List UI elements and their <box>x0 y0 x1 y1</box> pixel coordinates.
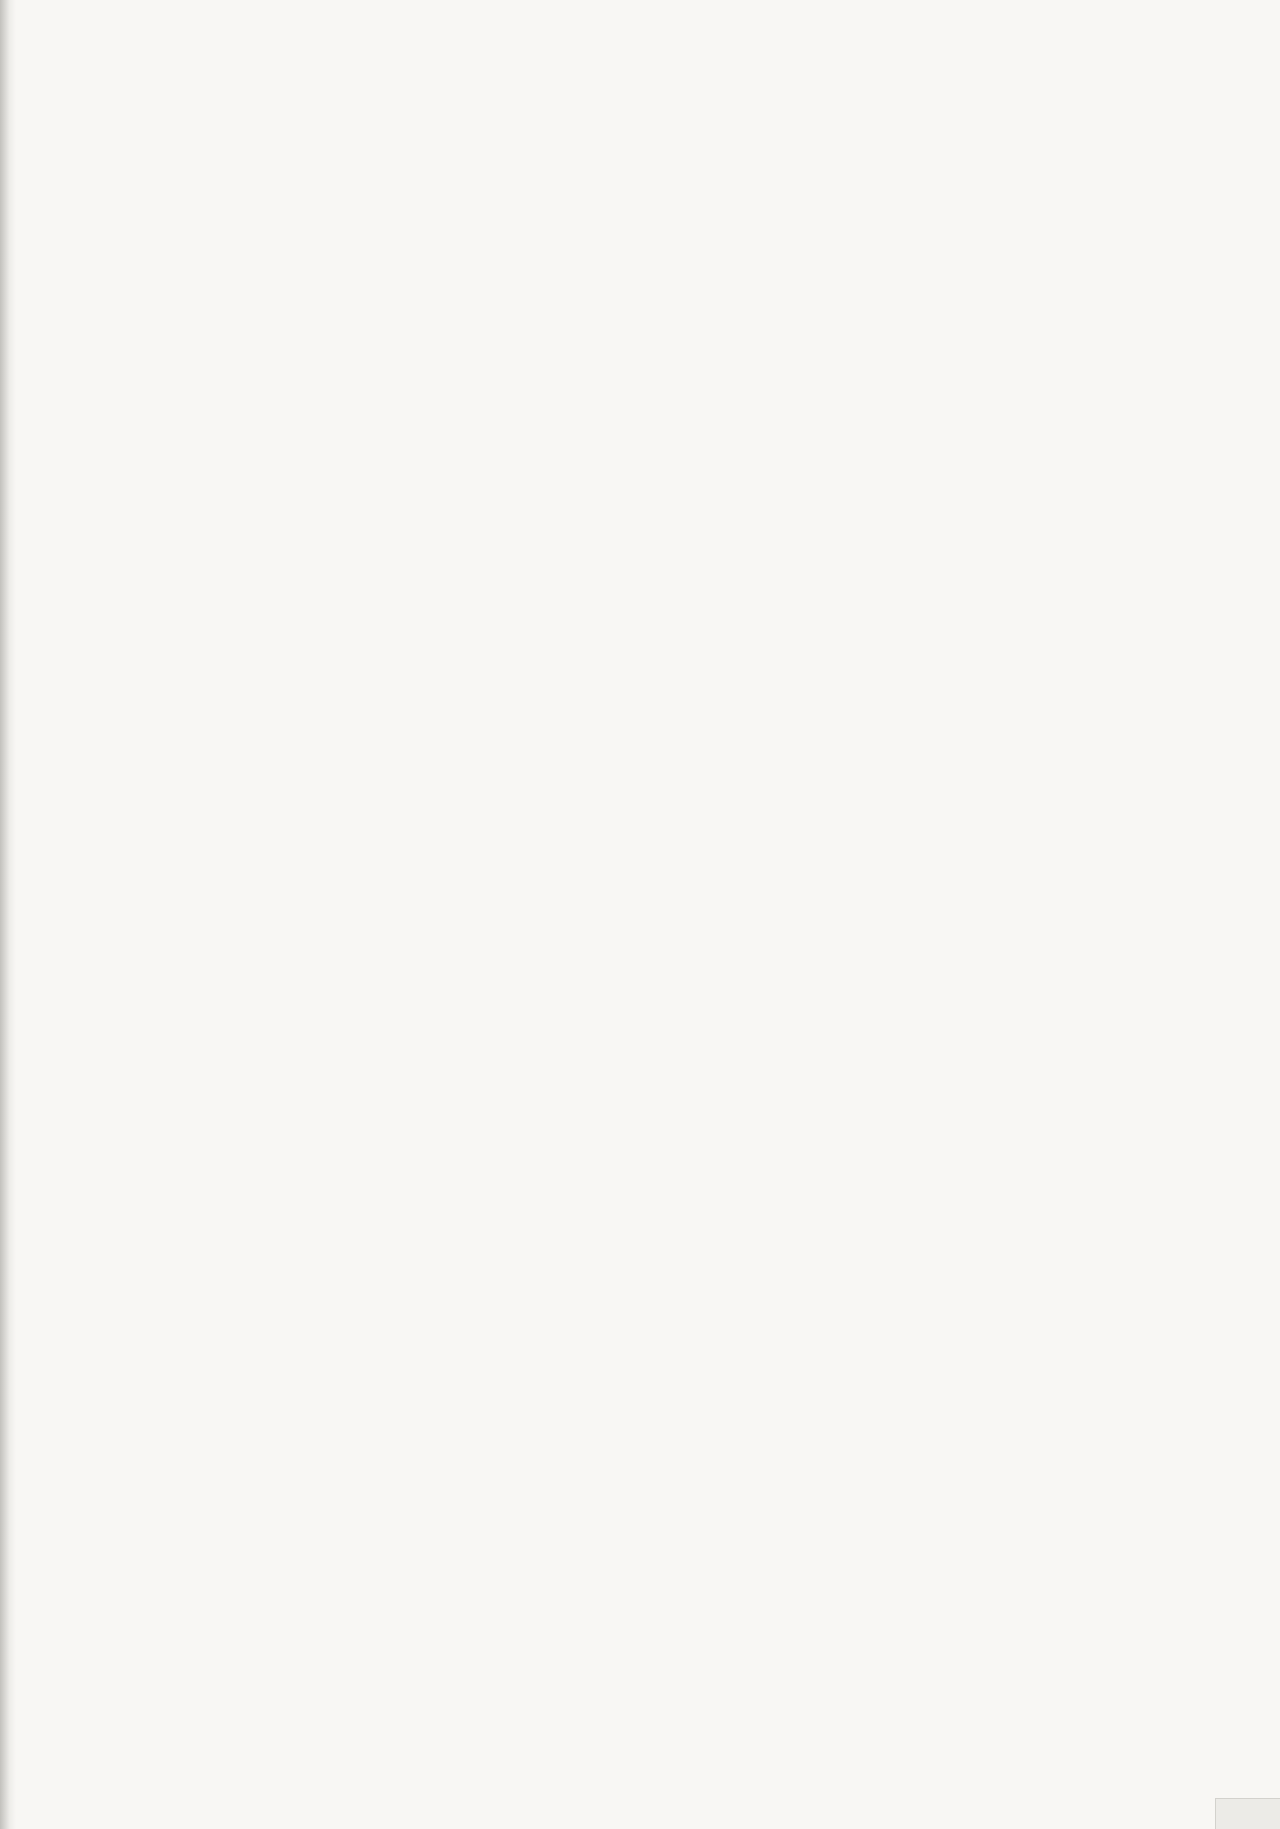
scan-edge-artifact <box>0 0 16 1829</box>
bottom-text-band <box>1172 938 1234 1694</box>
scan-corner-artifact <box>1215 1798 1280 1829</box>
scanned-document-page <box>0 0 1280 1829</box>
